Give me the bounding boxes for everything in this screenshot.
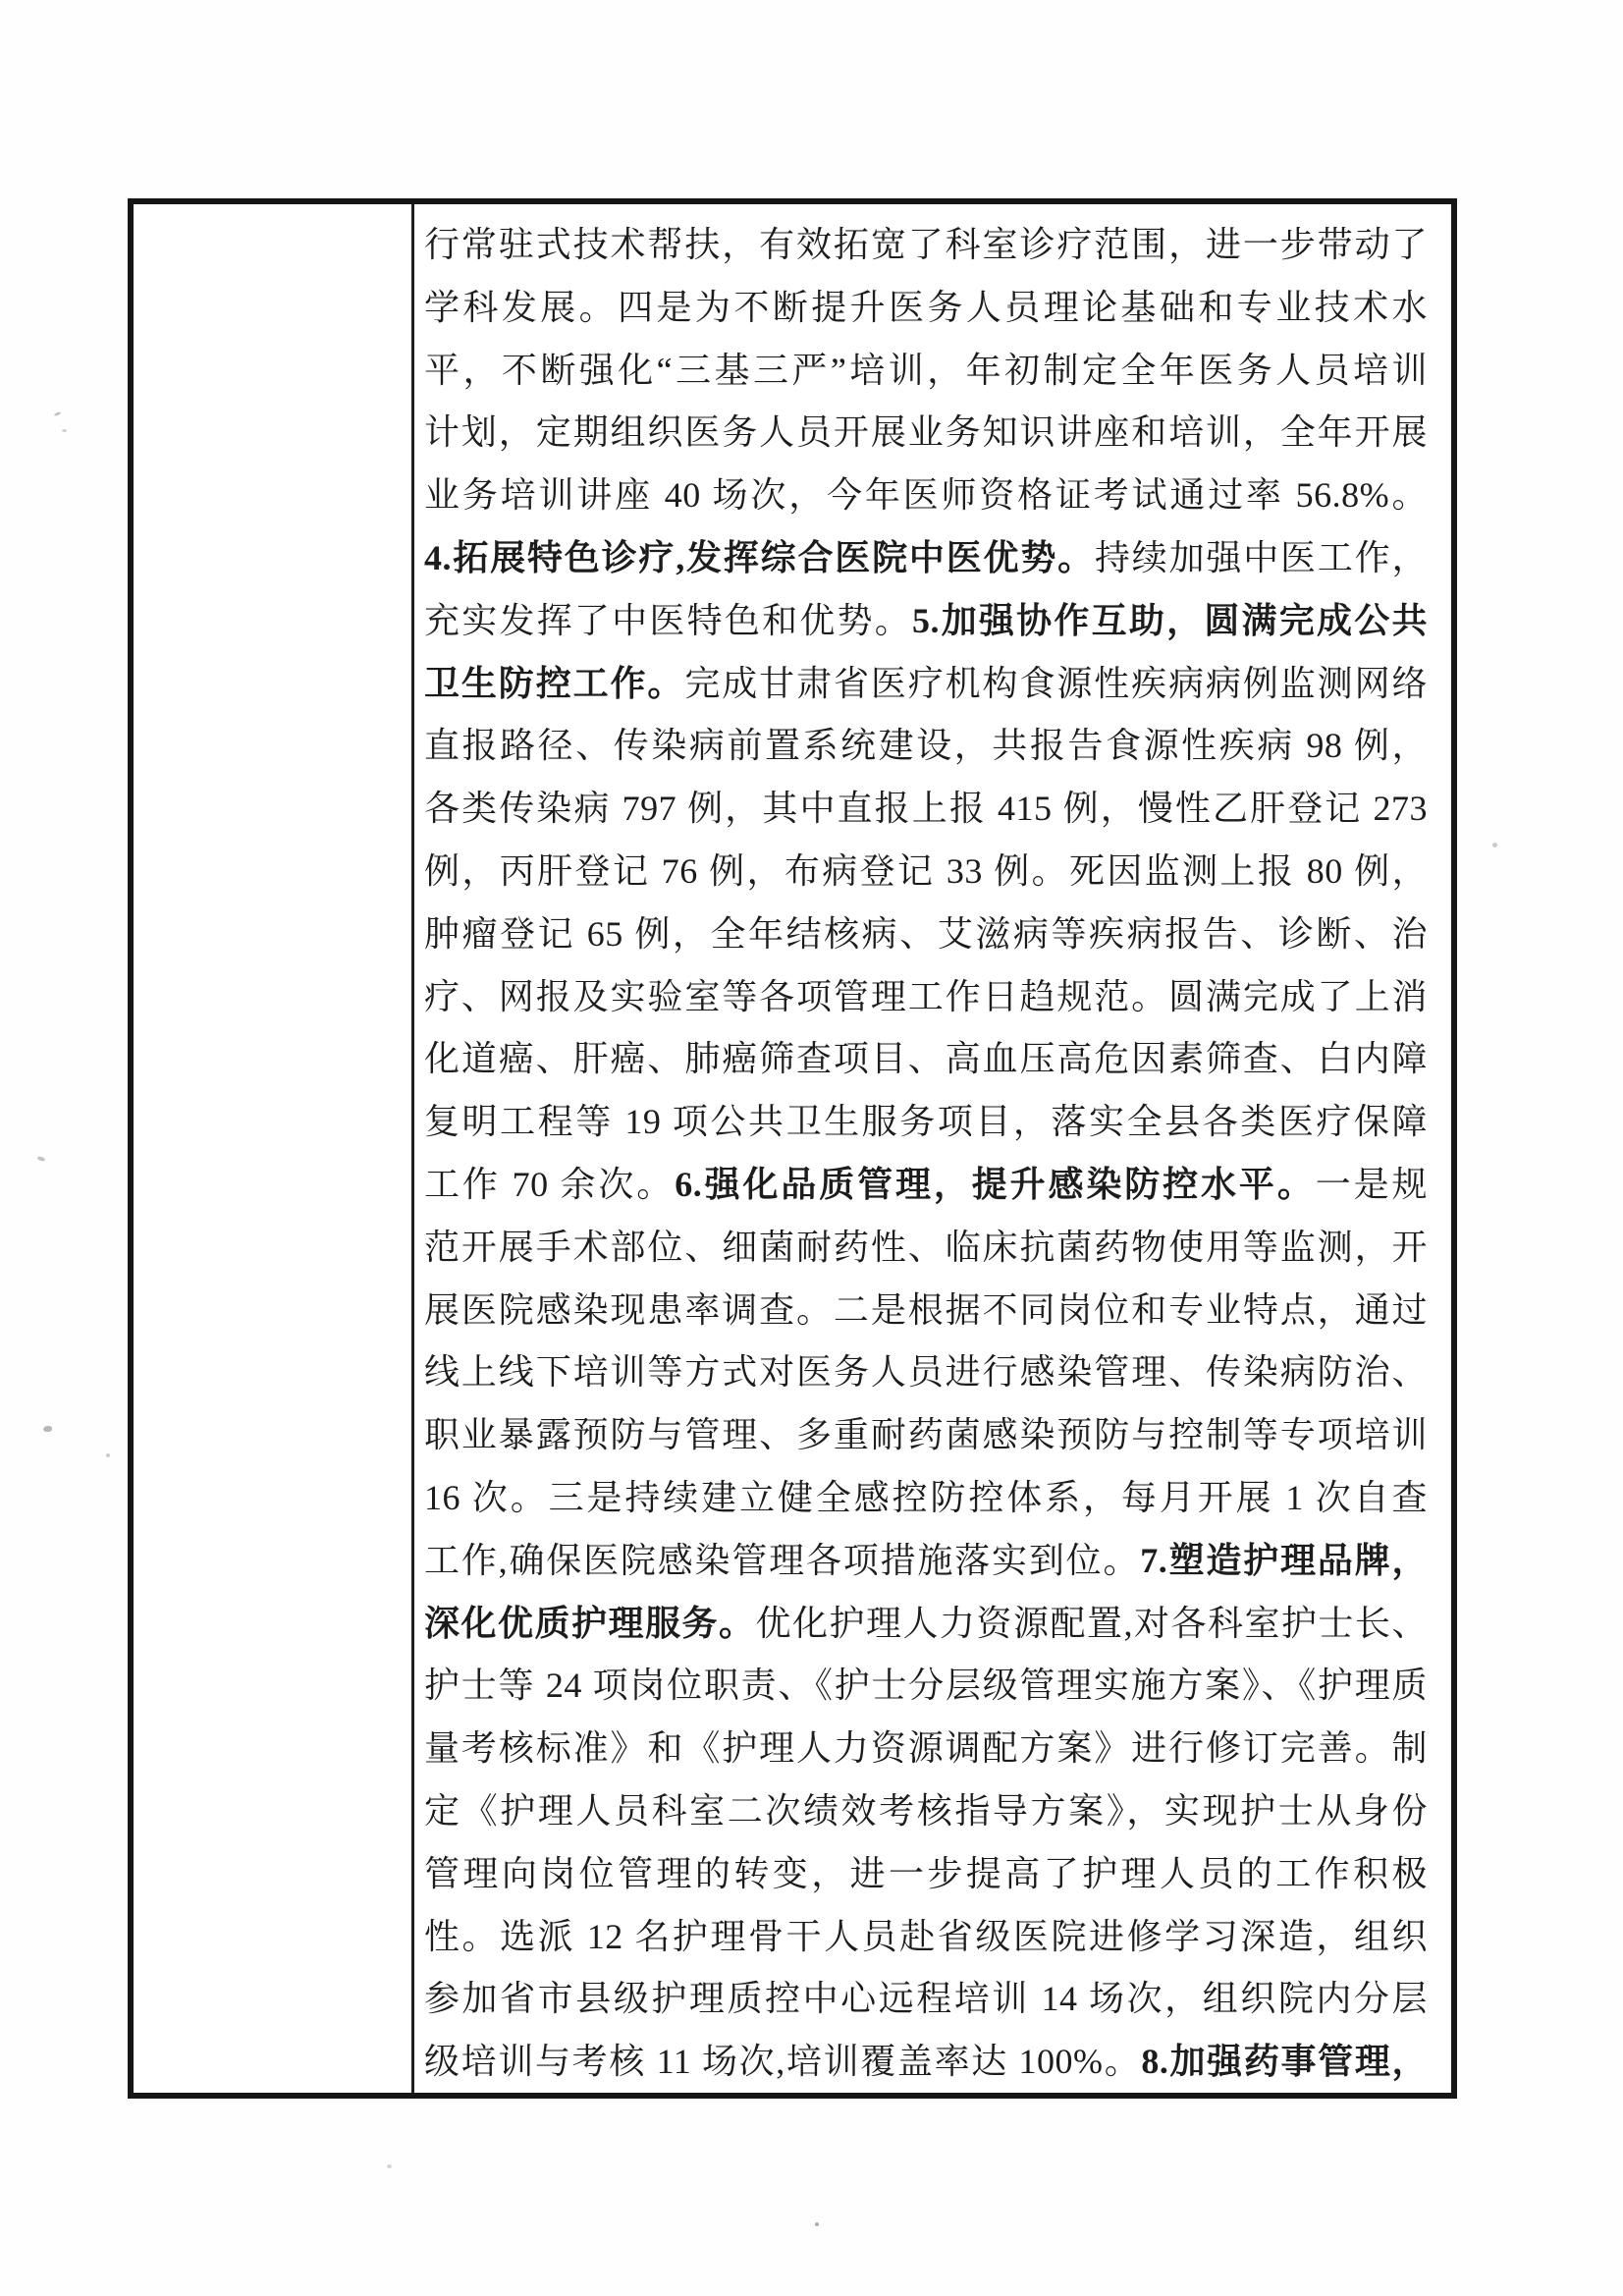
text-run: 线上线下培训等方式对医务人员进行感染管理、传染病防治、 xyxy=(424,1352,1428,1392)
text-run: 充实发挥了中医特色和优势。 xyxy=(424,601,912,640)
text-line: 深化优质护理服务。优化护理人力资源配置,对各科室护士长、 xyxy=(424,1593,1428,1656)
bold-heading-run: 7.塑造护理品牌， xyxy=(1140,1541,1428,1580)
text-run: 持续加强中医工作， xyxy=(1095,538,1428,577)
text-line: 业务培训讲座 40 场次，今年医师资格证考试通过率 56.8%。 xyxy=(424,465,1428,527)
scan-speck xyxy=(62,429,67,432)
text-run: 优化护理人力资源配置,对各科室护士长、 xyxy=(756,1604,1428,1643)
text-line: 护士等 24 项岗位职责、《护士分层级管理实施方案》、《护理质 xyxy=(424,1655,1428,1718)
scan-speck xyxy=(815,2222,819,2226)
text-line: 性。选派 12 名护理骨干人员赴省级医院进修学习深造，组织 xyxy=(424,1906,1428,1969)
text-line: 化道癌、肝癌、肺癌筛查项目、高血压高危因素筛查、白内障 xyxy=(424,1028,1428,1091)
text-line: 展医院感染现患率调查。二是根据不同岗位和专业特点，通过 xyxy=(424,1280,1428,1342)
text-line: 复明工程等 19 项公共卫生服务项目，落实全县各类医疗保障 xyxy=(424,1091,1428,1154)
text-line: 工作 70 余次。6.强化品质管理，提升感染防控水平。一是规 xyxy=(424,1154,1428,1217)
text-line: 16 次。三是持续建立健全感控防控体系，每月开展 1 次自查 xyxy=(424,1467,1428,1530)
scan-speck xyxy=(387,2164,392,2168)
text-run: 参加省市县级护理质控中心远程培训 14 场次，组织院内分层 xyxy=(424,1979,1428,2018)
text-run: 职业暴露预防与管理、多重耐药菌感染预防与控制等专项培训 xyxy=(424,1415,1428,1454)
scan-speck xyxy=(37,1156,46,1162)
text-line: 范开展手术部位、细菌耐药性、临床抗菌药物使用等监测，开 xyxy=(424,1217,1428,1280)
text-run: 复明工程等 19 项公共卫生服务项目，落实全县各类医疗保障 xyxy=(424,1102,1428,1141)
table-left-column xyxy=(134,204,414,2093)
text-run: 疗、网报及实验室等各项管理工作日趋规范。圆满完成了上消 xyxy=(424,977,1428,1016)
text-line: 平，不断强化“三基三严”培训，年初制定全年医务人员培训 xyxy=(424,340,1428,403)
text-line: 例，丙肝登记 76 例，布病登记 33 例。死因监测上报 80 例， xyxy=(424,841,1428,903)
text-run: 护士等 24 项岗位职责、《护士分层级管理实施方案》、《护理质 xyxy=(424,1666,1428,1705)
text-run: 展医院感染现患率调查。二是根据不同岗位和专业特点，通过 xyxy=(424,1290,1428,1330)
scan-speck xyxy=(106,1453,110,1457)
text-line: 定《护理人员科室二次绩效考核指导方案》，实现护士从身份 xyxy=(424,1780,1428,1843)
text-line: 肿瘤登记 65 例，全年结核病、艾滋病等疾病报告、诊断、治 xyxy=(424,903,1428,966)
bold-heading-run: 5.加强协作互助，圆满完成公共 xyxy=(912,601,1428,640)
bold-heading-run: 4.拓展特色诊疗,发挥综合医院中医优势。 xyxy=(424,538,1095,577)
text-line: 工作,确保医院感染管理各项措施落实到位。7.塑造护理品牌， xyxy=(424,1530,1428,1593)
text-run: 业务培训讲座 40 场次，今年医师资格证考试通过率 56.8%。 xyxy=(424,475,1428,515)
text-run: 性。选派 12 名护理骨干人员赴省级医院进修学习深造，组织 xyxy=(424,1917,1428,1956)
scan-speck xyxy=(43,1426,52,1432)
text-run: 范开展手术部位、细菌耐药性、临床抗菌药物使用等监测，开 xyxy=(424,1228,1428,1267)
scanned-document-page: 行常驻式技术帮扶，有效拓宽了科室诊疗范围，进一步带动了学科发展。四是为不断提升医… xyxy=(0,0,1623,2296)
text-run: 一是规 xyxy=(1316,1165,1428,1204)
text-run: 行常驻式技术帮扶，有效拓宽了科室诊疗范围，进一步带动了 xyxy=(424,225,1428,264)
text-run: 量考核标准》和《护理人力资源调配方案》进行修订完善。制 xyxy=(424,1728,1428,1768)
text-run: 工作 70 余次。 xyxy=(424,1165,675,1204)
text-run: 完成甘肃省医疗机构食源性疾病病例监测网络 xyxy=(684,664,1428,703)
text-run: 直报路径、传染病前置系统建设，共报告食源性疾病 98 例， xyxy=(424,726,1428,765)
text-line: 各类传染病 797 例，其中直报上报 415 例，慢性乙肝登记 273 xyxy=(424,778,1428,841)
text-line: 行常驻式技术帮扶，有效拓宽了科室诊疗范围，进一步带动了 xyxy=(424,214,1428,277)
text-run: 平，不断强化“三基三严”培训，年初制定全年医务人员培训 xyxy=(424,351,1428,390)
text-run: 定《护理人员科室二次绩效考核指导方案》，实现护士从身份 xyxy=(424,1791,1428,1831)
text-line: 参加省市县级护理质控中心远程培训 14 场次，组织院内分层 xyxy=(424,1968,1428,2031)
text-line: 量考核标准》和《护理人力资源调配方案》进行修订完善。制 xyxy=(424,1718,1428,1780)
text-line: 级培训与考核 11 场次,培训覆盖率达 100%。8.加强药事管理， xyxy=(424,2031,1428,2093)
text-run: 肿瘤登记 65 例，全年结核病、艾滋病等疾病报告、诊断、治 xyxy=(424,914,1428,954)
text-run: 计划，定期组织医务人员开展业务知识讲座和培训，全年开展 xyxy=(424,412,1428,452)
text-run: 16 次。三是持续建立健全感控防控体系，每月开展 1 次自查 xyxy=(424,1478,1428,1517)
text-run: 例，丙肝登记 76 例，布病登记 33 例。死因监测上报 80 例， xyxy=(424,851,1428,891)
bold-heading-run: 6.强化品质管理，提升感染防控水平。 xyxy=(675,1165,1316,1204)
text-line: 线上线下培训等方式对医务人员进行感染管理、传染病防治、 xyxy=(424,1341,1428,1404)
text-run: 各类传染病 797 例，其中直报上报 415 例，慢性乙肝登记 273 xyxy=(424,789,1428,828)
text-line: 计划，定期组织医务人员开展业务知识讲座和培训，全年开展 xyxy=(424,402,1428,465)
text-run: 学科发展。四是为不断提升医务人员理论基础和专业技术水 xyxy=(424,288,1428,327)
text-line: 4.拓展特色诊疗,发挥综合医院中医优势。持续加强中医工作， xyxy=(424,527,1428,590)
report-text-cell: 行常驻式技术帮扶，有效拓宽了科室诊疗范围，进一步带动了学科发展。四是为不断提升医… xyxy=(414,204,1451,2093)
text-line: 卫生防控工作。完成甘肃省医疗机构食源性疾病病例监测网络 xyxy=(424,653,1428,716)
text-line: 职业暴露预防与管理、多重耐药菌感染预防与控制等专项培训 xyxy=(424,1404,1428,1467)
scan-speck xyxy=(1492,843,1497,847)
text-run: 管理向岗位管理的转变，进一步提高了护理人员的工作积极 xyxy=(424,1854,1428,1893)
text-line: 直报路径、传染病前置系统建设，共报告食源性疾病 98 例， xyxy=(424,715,1428,778)
text-line: 疗、网报及实验室等各项管理工作日趋规范。圆满完成了上消 xyxy=(424,966,1428,1029)
bold-heading-run: 深化优质护理服务。 xyxy=(424,1604,756,1643)
scan-speck xyxy=(54,411,62,416)
text-line: 学科发展。四是为不断提升医务人员理论基础和专业技术水 xyxy=(424,277,1428,340)
bold-heading-run: 卫生防控工作。 xyxy=(424,664,684,703)
bold-heading-run: 8.加强药事管理， xyxy=(1141,2042,1428,2081)
text-run: 工作,确保医院感染管理各项措施落实到位。 xyxy=(424,1541,1140,1580)
text-run: 级培训与考核 11 场次,培训覆盖率达 100%。 xyxy=(424,2042,1141,2081)
report-table: 行常驻式技术帮扶，有效拓宽了科室诊疗范围，进一步带动了学科发展。四是为不断提升医… xyxy=(128,198,1457,2099)
text-line: 管理向岗位管理的转变，进一步提高了护理人员的工作积极 xyxy=(424,1843,1428,1906)
text-line: 充实发挥了中医特色和优势。5.加强协作互助，圆满完成公共 xyxy=(424,590,1428,653)
text-run: 化道癌、肝癌、肺癌筛查项目、高血压高危因素筛查、白内障 xyxy=(424,1039,1428,1078)
